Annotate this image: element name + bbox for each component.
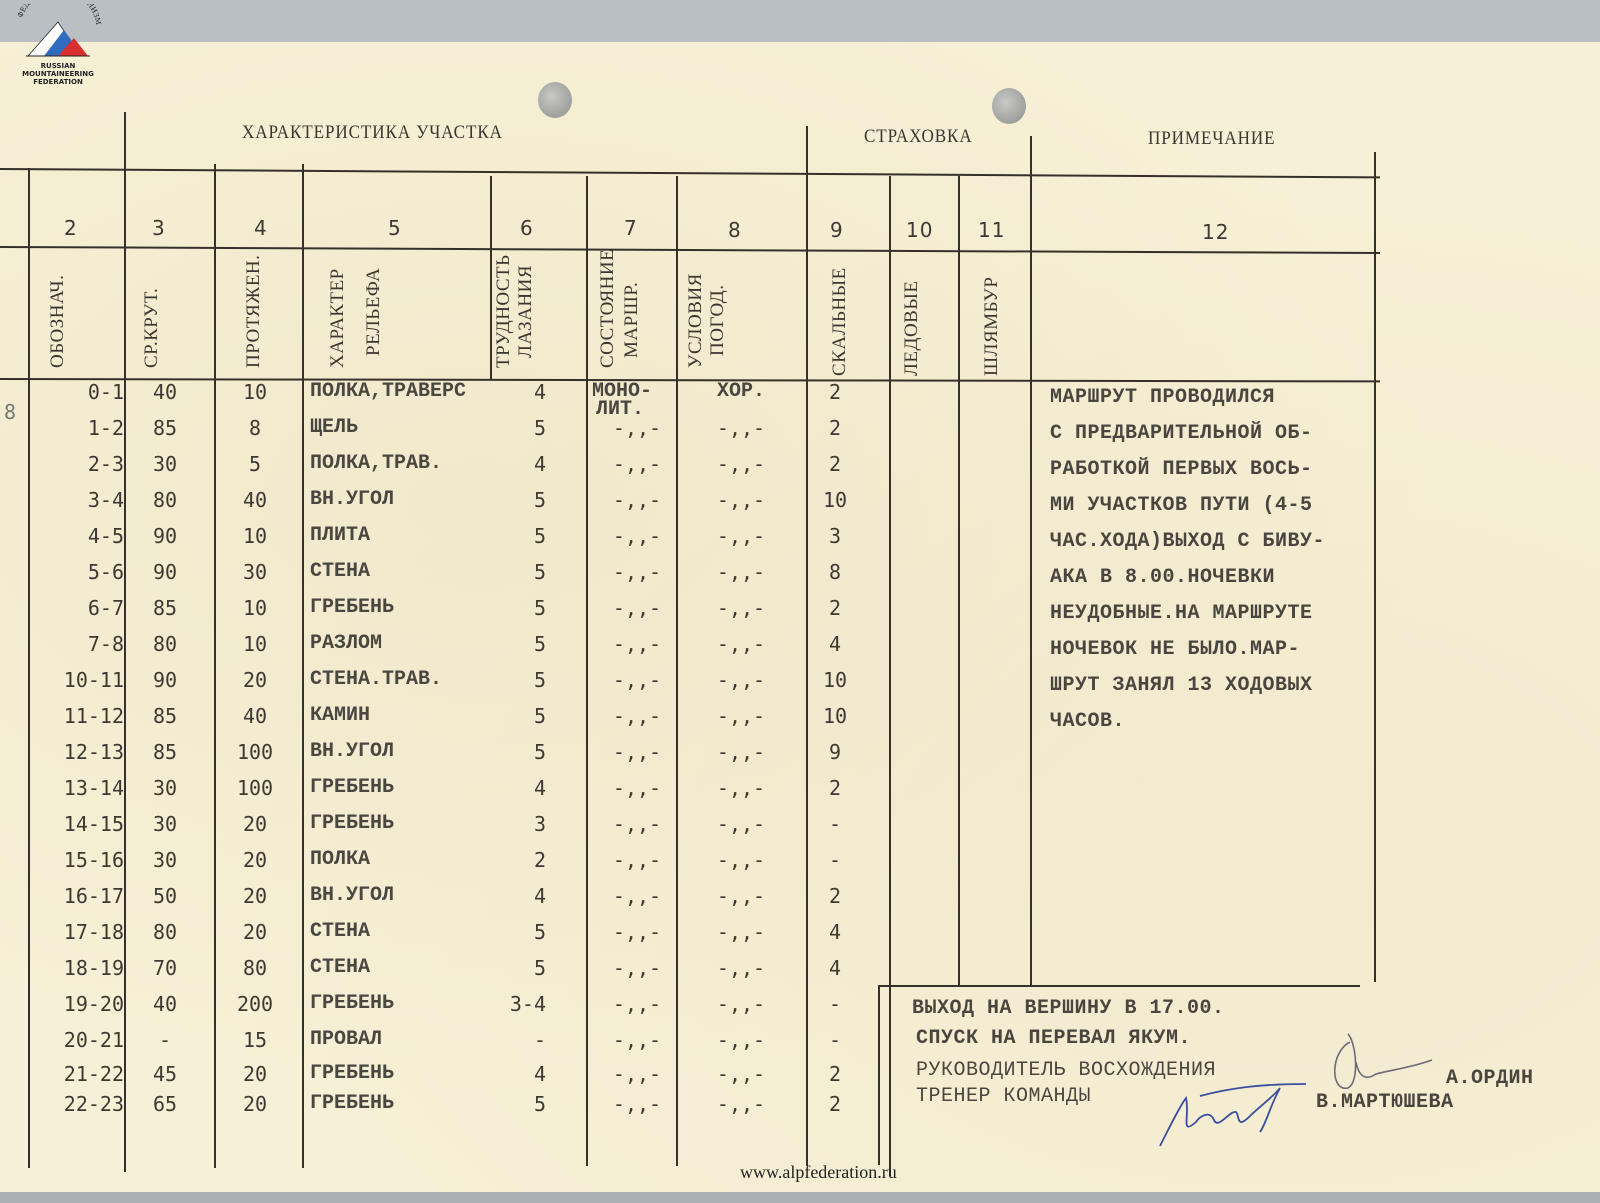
segment-cell: 18-19	[34, 956, 124, 980]
rock-anchors-cell: 3	[810, 524, 860, 548]
relief-cell: СТЕНА.ТРАВ.	[310, 668, 442, 691]
length-cell: 15	[220, 1028, 290, 1052]
segment-cell: 0-1	[34, 380, 124, 404]
difficulty-cell: 2	[480, 848, 546, 872]
steepness-cell: 50	[130, 884, 200, 908]
column-number: 6	[520, 216, 534, 240]
logo-line-1: RUSSIAN	[8, 62, 108, 70]
column-label-bolts: ШЛЯМБУР	[982, 276, 1002, 376]
route-state-cell: -,,-	[592, 920, 682, 944]
weather-cell: -,,-	[686, 1028, 796, 1052]
note-line: АКА В 8.00.НОЧЕВКИ	[1050, 560, 1325, 596]
steepness-cell: 70	[130, 956, 200, 980]
relief-cell: ВН.УГОЛ	[310, 884, 394, 907]
segment-cell: 13-14	[34, 776, 124, 800]
length-cell: 80	[220, 956, 290, 980]
difficulty-cell: 5	[480, 740, 546, 764]
col-border	[889, 176, 891, 1176]
weather-cell: -,,-	[686, 992, 796, 1016]
rock-anchors-cell: -	[810, 848, 860, 872]
column-number: 5	[388, 216, 402, 240]
route-state-cell: -,,-	[592, 704, 682, 728]
difficulty-cell: 5	[480, 956, 546, 980]
rock-anchors-cell: 2	[810, 416, 860, 440]
route-state-cell: -,,-	[592, 884, 682, 908]
segment-cell: 2-3	[34, 452, 124, 476]
column-number: 8	[728, 218, 742, 242]
route-state-cell: -,,-	[592, 812, 682, 836]
svg-text:ФЕДЕРАЦИЯ АЛЬПИНИЗМА РОССИИ: ФЕДЕРАЦИЯ АЛЬПИНИЗМА РОССИИ	[8, 4, 102, 25]
route-state-cell: -,,-	[592, 1092, 682, 1116]
relief-cell: СТЕНА	[310, 920, 370, 943]
punch-hole	[538, 82, 572, 118]
weather-cell: -,,-	[686, 704, 796, 728]
difficulty-cell: 3	[480, 812, 546, 836]
length-cell: 20	[220, 920, 290, 944]
steepness-cell: 90	[130, 560, 200, 584]
difficulty-cell: 3-4	[480, 992, 546, 1016]
difficulty-cell: 4	[480, 380, 546, 404]
relief-cell: ГРЕБЕНЬ	[310, 776, 394, 799]
length-cell: 20	[220, 884, 290, 908]
segment-cell: 4-5	[34, 524, 124, 548]
column-label-ice-anchors: ЛЕДОВЫЕ	[902, 272, 922, 376]
weather-cell: -,,-	[686, 956, 796, 980]
weather-cell: -,,-	[686, 776, 796, 800]
segment-cell: 3-4	[34, 488, 124, 512]
column-number: 11	[978, 218, 1005, 242]
logo-line-2: MOUNTAINEERING	[8, 70, 108, 78]
rock-anchors-cell: 2	[810, 884, 860, 908]
margin-mark: 8	[4, 400, 16, 424]
weather-cell: -,,-	[686, 668, 796, 692]
relief-cell: ГРЕБЕНЬ	[310, 1092, 394, 1115]
steepness-cell: 90	[130, 524, 200, 548]
weather-cell: -,,-	[686, 452, 796, 476]
segment-cell: 20-21	[34, 1028, 124, 1052]
column-number: 3	[152, 216, 166, 240]
steepness-cell: 80	[130, 632, 200, 656]
leader-name: А.ОРДИН	[1446, 1064, 1534, 1094]
col-border	[806, 126, 808, 1166]
steepness-cell: 65	[130, 1092, 200, 1116]
footer-left-border	[878, 985, 880, 1165]
segment-cell: 1-2	[34, 416, 124, 440]
route-state-cell: -,,-	[592, 1062, 682, 1086]
segment-cell: 15-16	[34, 848, 124, 872]
weather-cell: -,,-	[686, 812, 796, 836]
length-cell: 10	[220, 632, 290, 656]
rock-anchors-cell: 4	[810, 956, 860, 980]
steepness-cell: 30	[130, 452, 200, 476]
route-state-cell: -,,-	[592, 1028, 682, 1052]
segment-cell: 21-22	[34, 1062, 124, 1086]
column-label-designation: ОБОЗНАЧ.	[48, 252, 68, 368]
column-label-route-state-1: СОСТОЯНИЕ	[598, 240, 618, 368]
segment-cell: 11-12	[34, 704, 124, 728]
section-title-characteristic: ХАРАКТЕРИСТИКА УЧАСТКА	[242, 122, 503, 144]
steepness-cell: 85	[130, 596, 200, 620]
col-border	[302, 164, 304, 1168]
note-line: ШРУТ ЗАНЯЛ 13 ХОДОВЫХ	[1050, 668, 1325, 704]
steepness-cell: 85	[130, 416, 200, 440]
difficulty-cell: 5	[480, 1092, 546, 1116]
rock-anchors-cell: 10	[810, 488, 860, 512]
column-label-weather-2: ПОГОД.	[708, 256, 728, 356]
note-bottom-rule	[878, 985, 1360, 987]
relief-cell: ПЛИТА	[310, 524, 370, 547]
weather-cell: -,,-	[686, 488, 796, 512]
note-line: НЕУДОБНЫЕ.НА МАРШРУТЕ	[1050, 596, 1325, 632]
segment-cell: 5-6	[34, 560, 124, 584]
segment-cell: 6-7	[34, 596, 124, 620]
scan-bottom-edge	[0, 1192, 1600, 1203]
route-state-cell: -,,-	[592, 632, 682, 656]
weather-cell: -,,-	[686, 884, 796, 908]
length-cell: 20	[220, 812, 290, 836]
column-label-steepness: СР.КРУТ.	[142, 256, 162, 368]
column-number: 2	[64, 216, 78, 240]
leader-signature-icon	[1320, 1022, 1440, 1102]
relief-cell: ГРЕБЕНЬ	[310, 1062, 394, 1085]
column-label-relief-1: ХАРАКТЕР	[328, 250, 348, 368]
route-state-cell: -,,-	[592, 956, 682, 980]
note-block: МАРШРУТ ПРОВОДИЛСЯ С ПРЕДВАРИТЕЛЬНОЙ ОБ-…	[1050, 380, 1325, 740]
relief-cell: ПОЛКА	[310, 848, 370, 871]
relief-cell: ПОЛКА,ТРАВЕРС	[310, 380, 466, 403]
rock-anchors-cell: -	[810, 1028, 860, 1052]
steepness-cell: 40	[130, 380, 200, 404]
length-cell: 100	[220, 776, 290, 800]
difficulty-cell: 5	[480, 560, 546, 584]
logo-line-3: FEDERATION	[8, 78, 108, 86]
segment-cell: 14-15	[34, 812, 124, 836]
route-state-cell: -,,-	[592, 488, 682, 512]
rock-anchors-cell: 10	[810, 704, 860, 728]
route-state-cell: -,,-	[592, 992, 682, 1016]
coach-label: ТРЕНЕР КОМАНДЫ	[916, 1082, 1091, 1112]
note-line: С ПРЕДВАРИТЕЛЬНОЙ ОБ-	[1050, 416, 1325, 452]
note-line: МАРШРУТ ПРОВОДИЛСЯ	[1050, 380, 1325, 416]
length-cell: 10	[220, 596, 290, 620]
relief-cell: ГРЕБЕНЬ	[310, 992, 394, 1015]
steepness-cell: 30	[130, 848, 200, 872]
column-label-relief-2: РЕЛЬЕФА	[364, 250, 384, 356]
length-cell: 30	[220, 560, 290, 584]
steepness-cell: 30	[130, 776, 200, 800]
difficulty-cell: 5	[480, 488, 546, 512]
length-cell: 40	[220, 488, 290, 512]
steepness-cell: 85	[130, 740, 200, 764]
route-state-cell: -,,-	[592, 596, 682, 620]
difficulty-cell: -	[480, 1028, 546, 1052]
weather-cell: -,,-	[686, 560, 796, 584]
length-cell: 10	[220, 380, 290, 404]
rock-anchors-cell: 2	[810, 1062, 860, 1086]
relief-cell: ВН.УГОЛ	[310, 488, 394, 511]
length-cell: 200	[220, 992, 290, 1016]
col-border	[28, 168, 30, 1168]
note-line: ЧАС.ХОДА)ВЫХОД С БИВУ-	[1050, 524, 1325, 560]
rock-anchors-cell: 2	[810, 452, 860, 476]
difficulty-cell: 5	[480, 704, 546, 728]
weather-cell: -,,-	[686, 524, 796, 548]
length-cell: 40	[220, 704, 290, 728]
column-label-difficulty-1: ТРУДНОСТЬ	[494, 236, 514, 368]
difficulty-cell: 4	[480, 884, 546, 908]
weather-cell: -,,-	[686, 920, 796, 944]
weather-cell: ХОР.	[686, 380, 796, 403]
segment-cell: 17-18	[34, 920, 124, 944]
segment-cell: 19-20	[34, 992, 124, 1016]
footer-block: ВЫХОД НА ВЕРШИНУ В 17.00. СПУСК НА ПЕРЕВ…	[912, 994, 1225, 1054]
mountain-flag-icon: ФЕДЕРАЦИЯ АЛЬПИНИЗМА РОССИИ	[8, 4, 104, 60]
difficulty-cell: 4	[480, 452, 546, 476]
difficulty-cell: 5	[480, 596, 546, 620]
length-cell: 20	[220, 668, 290, 692]
column-label-weather-1: УСЛОВИЯ	[686, 256, 706, 368]
relief-cell: РАЗЛОМ	[310, 632, 382, 655]
rock-anchors-cell: 2	[810, 380, 860, 404]
relief-cell: СТЕНА	[310, 956, 370, 979]
difficulty-cell: 5	[480, 524, 546, 548]
difficulty-cell: 5	[480, 416, 546, 440]
difficulty-cell: 5	[480, 632, 546, 656]
route-state-cell: -,,-	[592, 524, 682, 548]
route-state-cell: -,,-	[592, 452, 682, 476]
steepness-cell: 40	[130, 992, 200, 1016]
rock-anchors-cell: 8	[810, 560, 860, 584]
route-state-cell: -,,-	[592, 740, 682, 764]
route-state-cell: -,,-	[592, 560, 682, 584]
summit-time: ВЫХОД НА ВЕРШИНУ В 17.00.	[912, 994, 1225, 1024]
rmf-logo: ФЕДЕРАЦИЯ АЛЬПИНИЗМА РОССИИ RUSSIAN MOUN…	[8, 4, 104, 88]
steepness-cell: 30	[130, 812, 200, 836]
punch-hole	[992, 88, 1026, 124]
section-title-belay: СТРАХОВКА	[864, 126, 973, 148]
steepness-cell: 85	[130, 704, 200, 728]
relief-cell: КАМИН	[310, 704, 370, 727]
relief-cell: СТЕНА	[310, 560, 370, 583]
note-line: НОЧЕВОК НЕ БЫЛО.МАР-	[1050, 632, 1325, 668]
column-label-length: ПРОТЯЖЕН.	[244, 250, 264, 368]
col-border	[124, 112, 126, 1172]
weather-cell: -,,-	[686, 740, 796, 764]
length-cell: 8	[220, 416, 290, 440]
segment-cell: 22-23	[34, 1092, 124, 1116]
rock-anchors-cell: 4	[810, 632, 860, 656]
difficulty-cell: 5	[480, 668, 546, 692]
column-label-rock-anchors: СКАЛЬНЫЕ	[830, 256, 850, 376]
steepness-cell: 90	[130, 668, 200, 692]
rock-anchors-cell: 4	[810, 920, 860, 944]
descent-route: СПУСК НА ПЕРЕВАЛ ЯКУМ.	[912, 1024, 1225, 1054]
section-title-note: ПРИМЕЧАНИЕ	[1148, 128, 1275, 150]
difficulty-cell: 4	[480, 776, 546, 800]
col-border	[490, 176, 492, 380]
col-border	[214, 164, 216, 1168]
rock-anchors-cell: 2	[810, 596, 860, 620]
length-cell: 20	[220, 848, 290, 872]
column-number: 10	[906, 218, 933, 242]
weather-cell: -,,-	[686, 416, 796, 440]
weather-cell: -,,-	[686, 1062, 796, 1086]
steepness-cell: 80	[130, 488, 200, 512]
segment-cell: 16-17	[34, 884, 124, 908]
difficulty-cell: 5	[480, 920, 546, 944]
steepness-cell: 80	[130, 920, 200, 944]
rock-anchors-cell: 2	[810, 776, 860, 800]
steepness-cell: -	[130, 1028, 200, 1052]
difficulty-cell: 4	[480, 1062, 546, 1086]
length-cell: 10	[220, 524, 290, 548]
col-border	[958, 176, 960, 986]
relief-cell: ПРОВАЛ	[310, 1028, 382, 1051]
col-border	[586, 176, 588, 1166]
route-state-cell: -,,-	[592, 416, 682, 440]
relief-cell: ГРЕБЕНЬ	[310, 812, 394, 835]
rock-anchors-cell: 10	[810, 668, 860, 692]
segment-cell: 12-13	[34, 740, 124, 764]
rock-anchors-cell: -	[810, 992, 860, 1016]
column-number: 9	[830, 218, 844, 242]
route-state-cell: -,,-	[592, 668, 682, 692]
rock-anchors-cell: -	[810, 812, 860, 836]
relief-cell: ПОЛКА,ТРАВ.	[310, 452, 442, 475]
length-cell: 100	[220, 740, 290, 764]
relief-cell: ГРЕБЕНЬ	[310, 596, 394, 619]
steepness-cell: 45	[130, 1062, 200, 1086]
length-cell: 20	[220, 1092, 290, 1116]
rock-anchors-cell: 2	[810, 1092, 860, 1116]
route-state-cell: -,,-	[592, 776, 682, 800]
segment-cell: 10-11	[34, 668, 124, 692]
length-cell: 20	[220, 1062, 290, 1086]
weather-cell: -,,-	[686, 1092, 796, 1116]
logo-arc-text: ФЕДЕРАЦИЯ АЛЬПИНИЗМА РОССИИ	[8, 4, 102, 25]
weather-cell: -,,-	[686, 848, 796, 872]
rock-anchors-cell: 9	[810, 740, 860, 764]
watermark: www.alpfederation.ru	[740, 1162, 897, 1183]
column-number: 12	[1202, 220, 1229, 244]
route-state-cell: -,,-	[592, 848, 682, 872]
column-label-route-state-2: МАРШР.	[622, 252, 642, 358]
col-border	[1030, 136, 1032, 986]
length-cell: 5	[220, 452, 290, 476]
segment-cell: 7-8	[34, 632, 124, 656]
table-right-border	[1374, 152, 1376, 982]
column-label-difficulty-2: ЛАЗАНИЯ	[516, 250, 536, 358]
note-line: РАБОТКОЙ ПЕРВЫХ ВОСЬ-	[1050, 452, 1325, 488]
note-line: МИ УЧАСТКОВ ПУТИ (4-5	[1050, 488, 1325, 524]
relief-cell: ЩЕЛЬ	[310, 416, 358, 439]
column-number: 7	[624, 216, 638, 240]
note-line: ЧАСОВ.	[1050, 704, 1325, 740]
weather-cell: -,,-	[686, 596, 796, 620]
column-number: 4	[254, 216, 268, 240]
relief-cell: ВН.УГОЛ	[310, 740, 394, 763]
weather-cell: -,,-	[686, 632, 796, 656]
coach-signature-icon	[1140, 1076, 1310, 1156]
